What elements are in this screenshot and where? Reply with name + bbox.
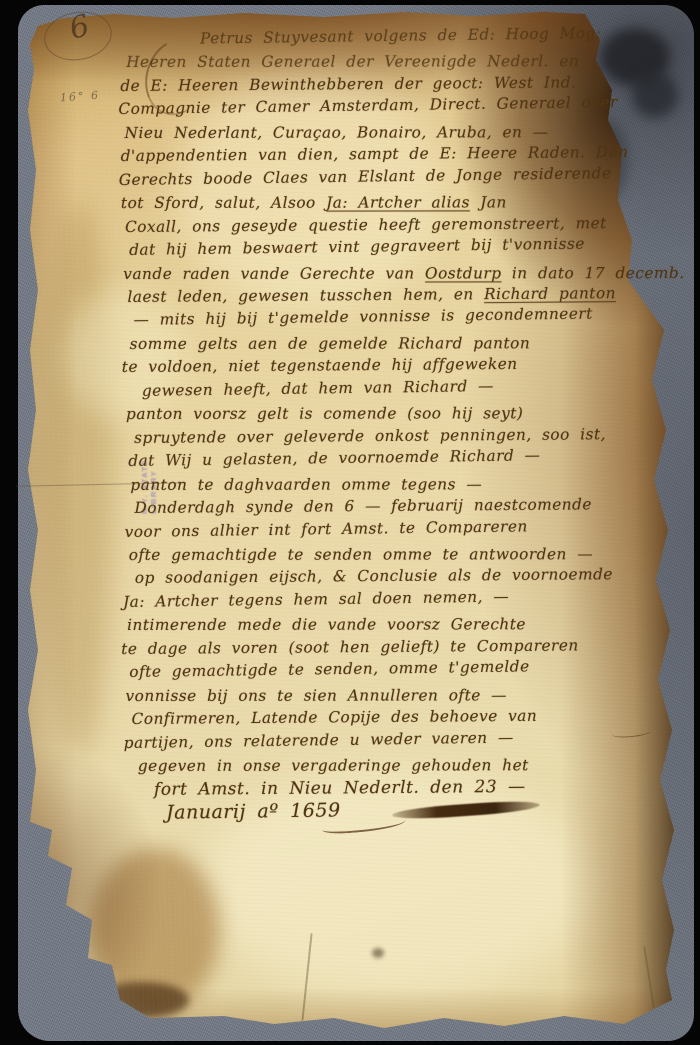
stain (44, 200, 114, 760)
handwritten-text: Petrus Stuyvesant volgens de Ed: Hoog Mo… (118, 25, 670, 825)
stain (372, 948, 384, 958)
margin-note: 16° 6 (60, 90, 101, 104)
manuscript-scan: 6 16° 6 N.Y. STATE LIBRARY Petrus Stuyve… (0, 0, 700, 1045)
